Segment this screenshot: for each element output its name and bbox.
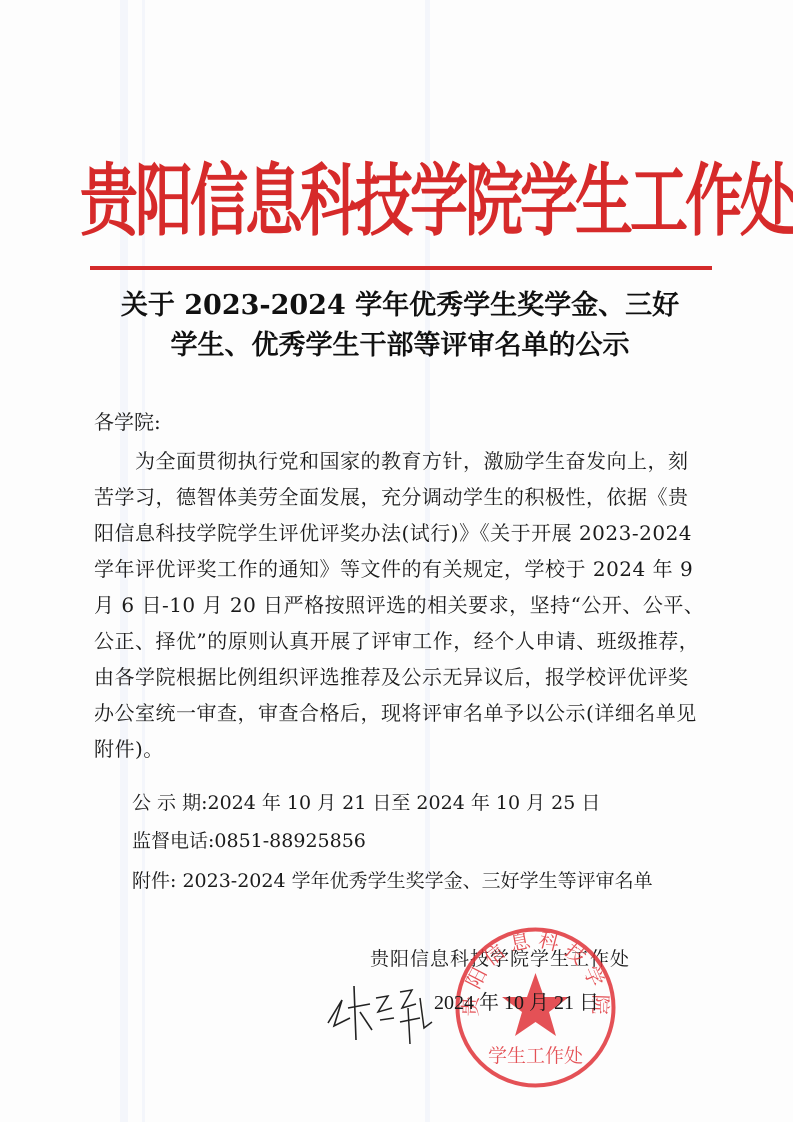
handwritten-signature — [320, 978, 440, 1048]
body-line: 苦学习，德智体美劳全面发展，充分调动学生的积极性，依据《贵 — [94, 479, 714, 515]
letterhead-title: 贵阳信息科技学院学生工作处 — [80, 140, 730, 262]
body-line: 公正、择优”的原则认真开展了评审工作，经个人申请、班级推荐， — [94, 623, 714, 659]
body-paragraph: 为全面贯彻执行党和国家的教育方针，激励学生奋发向上，刻 苦学习，德智体美劳全面发… — [94, 443, 714, 767]
body-line: 办公室统一审查，审查合格后，现将评审名单予以公示(详细名单见 — [94, 695, 714, 731]
signoff-date: 2024 年 10 月 21 日 — [434, 986, 599, 1015]
body-line: 为全面贯彻执行党和国家的教育方针，激励学生奋发向上，刻 — [94, 443, 714, 479]
attachment-note: 附件: 2023-2024 学年优秀学生奖学金、三好学生等评审名单 — [132, 866, 653, 896]
body-line: 附件)。 — [94, 731, 714, 767]
body-line: 月 6 日-10 月 20 日严格按照评选的相关要求，坚持“公开、公平、 — [94, 587, 714, 623]
document-title-line-1: 关于 2023-2024 学年优秀学生奖学金、三好 — [80, 286, 720, 326]
body-line: 由各学院根据比例组织评选推荐及公示无异议后，报学校评优评奖 — [94, 659, 714, 695]
letterhead-divider — [90, 266, 712, 270]
salutation: 各学院: — [94, 404, 714, 440]
body-line: 阳信息科技学院学生评优评奖办法(试行)》《关于开展 2023-2024 — [94, 515, 714, 551]
supervision-phone: 监督电话:0851-88925856 — [132, 826, 366, 856]
publicity-period: 公 示 期:2024 年 10 月 21 日至 2024 年 10 月 25 日 — [132, 788, 600, 818]
document-title-line-2: 学生、优秀学生干部等评审名单的公示 — [80, 326, 720, 366]
seal-bottom-text: 学生工作处 — [488, 1045, 583, 1067]
document-title: 关于 2023-2024 学年优秀学生奖学金、三好 学生、优秀学生干部等评审名单… — [80, 286, 720, 366]
body-line: 学年评优评奖工作的通知》等文件的有关规定，学校于 2024 年 9 — [94, 551, 714, 587]
